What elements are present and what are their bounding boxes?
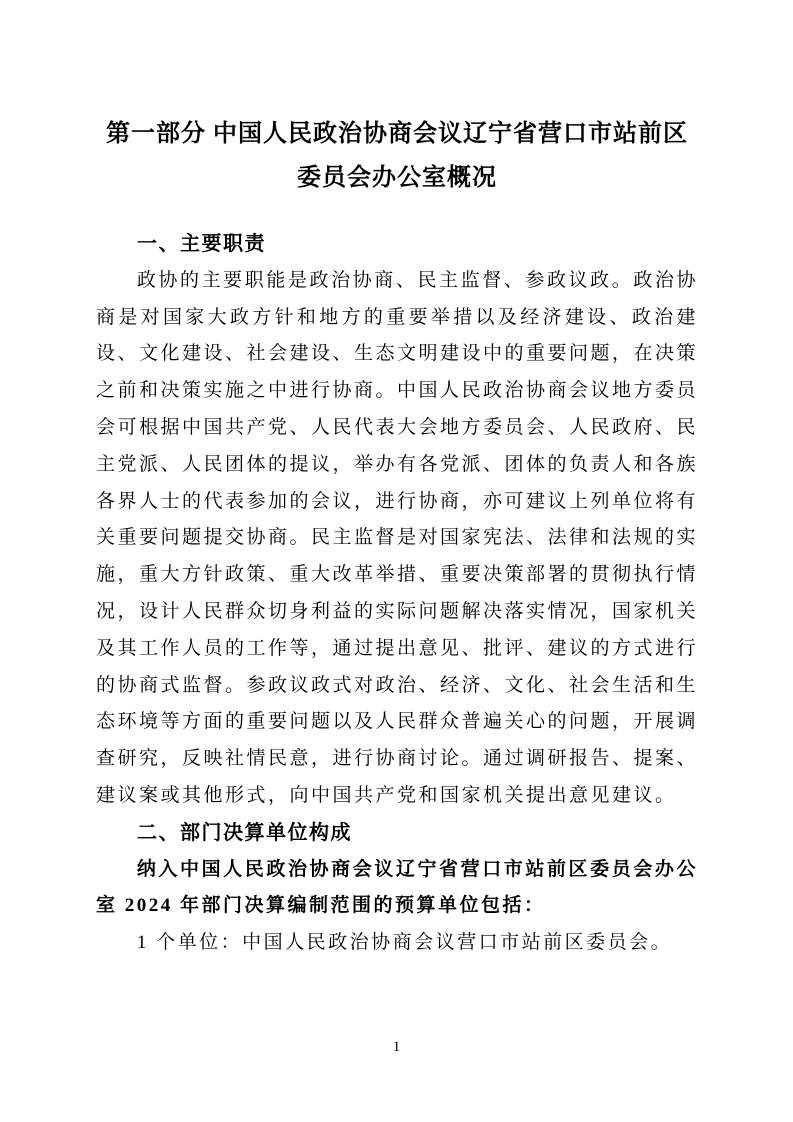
section-heading-main-duties: 一、主要职责 <box>96 226 698 263</box>
section-heading-unit-composition: 二、部门决算单位构成 <box>96 815 698 852</box>
page-number: 1 <box>0 1037 793 1057</box>
document-page: 第一部分 中国人民政治协商会议辽宁省营口市站前区委员会办公室概况 一、主要职责 … <box>0 0 793 1122</box>
document-content: 第一部分 中国人民政治协商会议辽宁省营口市站前区委员会办公室概况 一、主要职责 … <box>0 0 793 962</box>
page-title: 第一部分 中国人民政治协商会议辽宁省营口市站前区委员会办公室概况 <box>96 112 698 200</box>
paragraph-unit-list: 1 个单位：中国人民政治协商会议营口市站前区委员会。 <box>96 925 698 962</box>
paragraph-main-duties: 政协的主要职能是政治协商、民主监督、参政议政。政治协商是对国家大政方针和地方的重… <box>96 263 698 815</box>
paragraph-unit-scope: 纳入中国人民政治协商会议辽宁省营口市站前区委员会办公室 2024 年部门决算编制… <box>96 852 698 926</box>
